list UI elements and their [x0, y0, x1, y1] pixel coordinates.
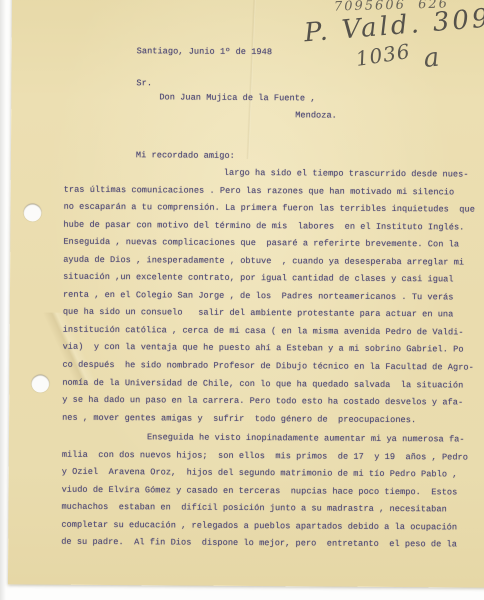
recipient-name: Don Juan Mujica de la Fuente ,	[159, 92, 315, 103]
scanner-edge-shadow	[0, 0, 6, 600]
letter-line: y se ha dado un paso en la carrera. Pero…	[62, 392, 464, 412]
letter-dateline: Santiago, Junio 1º de 1948	[137, 46, 272, 57]
recipient-prefix: Sr.	[136, 78, 152, 88]
scanned-letter-page: 7095606 626 P. Vald. 3094 1036 a Santiag…	[0, 0, 484, 600]
letter-salutation: Mi recordado amigo:	[136, 150, 235, 161]
punch-hole	[23, 203, 41, 221]
recipient-city: Mendoza.	[295, 110, 337, 120]
letter-line: no escaparán a tu comprensión. La primer…	[64, 199, 466, 219]
punch-hole	[31, 374, 49, 392]
letter-line: de su padre. Al fin Dios dispone lo mejo…	[61, 534, 463, 554]
letter-line: nes , mover gentes amigas y sufrir todo …	[62, 409, 464, 429]
handwritten-letter-mark: a	[422, 43, 440, 74]
letter-body: largo ha sido el tiempo trascurrido desd…	[61, 164, 466, 555]
letter-line: co después he sido nombrado Profesor de …	[62, 357, 464, 377]
letter-paper: 7095606 626 P. Vald. 3094 1036 a Santiag…	[8, 0, 484, 588]
paper-crease	[246, 0, 256, 159]
